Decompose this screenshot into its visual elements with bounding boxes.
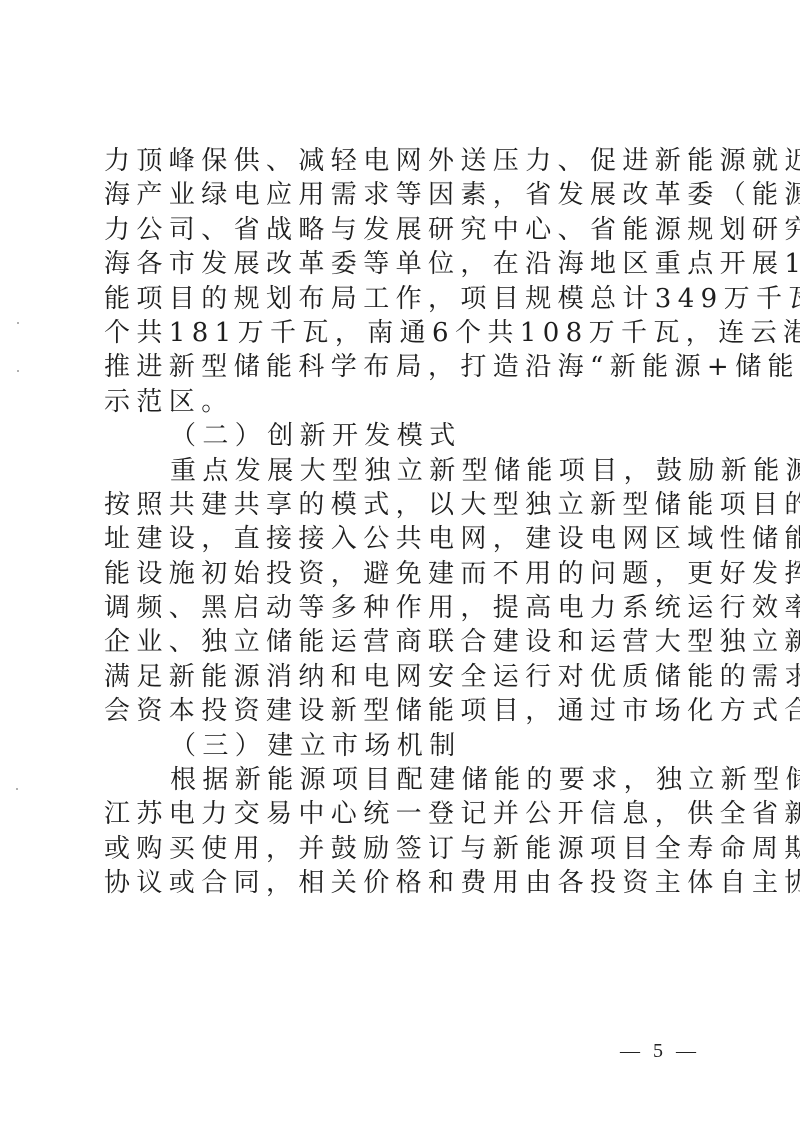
text-line: 力公司、省战略与发展研究中心、省能源规划研究中心，会同沿 (104, 213, 704, 247)
scan-mark (17, 322, 19, 324)
section-heading-innovation-model: （二）创新开发模式 (104, 419, 704, 453)
text-line: 调频、黑启动等多种作用，提高电力系统运行效率。鼓励新能源 (104, 591, 704, 625)
scan-mark (17, 370, 19, 372)
text-line: 推进新型储能科学布局，打造沿海“新能源+储能”多元化应用 (104, 350, 704, 384)
text-line: 址建设，直接接入公共电网，建设电网区域性储能设施，降低储 (104, 522, 704, 556)
text-line: 重点发展大型独立新型储能项目，鼓励新能源配建储能容量 (104, 454, 704, 488)
page-number: — 5 — (620, 1040, 700, 1063)
text-line: 海产业绿电应用需求等因素，省发展改革委（能源局）组织省电 (104, 178, 704, 212)
text-line: 按照共建共享的模式，以大型独立新型储能项目的形式在专用站 (104, 488, 704, 522)
text-line: 海各市发展改革委等单位，在沿海地区重点开展19个大型新型储 (104, 247, 704, 281)
text-line: 根据新能源项目配建储能的要求，独立新型储能项目容量在 (104, 763, 704, 797)
text-line: 力顶峰保供、减轻电网外送压力、促进新能源就近消纳、适应沿 (104, 144, 704, 178)
text-line: 能项目的规划布局工作，项目规模总计349万千瓦，其中盐城10 (104, 282, 704, 316)
text-line: 示范区。 (104, 385, 704, 419)
text-line: 会资本投资建设新型储能项目，通过市场化方式合理分配收益。 (104, 694, 704, 728)
text-line: 或购买使用，并鼓励签订与新能源项目全寿命周期相匹配的租赁 (104, 832, 704, 866)
scan-mark (16, 788, 18, 790)
section-heading-market-mechanism: （三）建立市场机制 (104, 729, 704, 763)
text-line: 协议或合同，相关价格和费用由各投资主体自主协商确定。同时， (104, 866, 704, 900)
text-line: 江苏电力交易中心统一登记并公开信息，供全省新能源企业租赁 (104, 797, 704, 831)
text-line: 能设施初始投资，避免建而不用的问题，更好发挥顶峰、调峰、 (104, 557, 704, 591)
text-line: 满足新能源消纳和电网安全运行对优质储能的需求。支持各类社 (104, 660, 704, 694)
text-line: 个共181万千瓦，南通6个共108万千瓦，连云港3个共60万千瓦， (104, 316, 704, 350)
text-line: 企业、独立储能运营商联合建设和运营大型独立新型储能项目， (104, 625, 704, 659)
document-body: 力顶峰保供、减轻电网外送压力、促进新能源就近消纳、适应沿 海产业绿电应用需求等因… (104, 144, 704, 901)
